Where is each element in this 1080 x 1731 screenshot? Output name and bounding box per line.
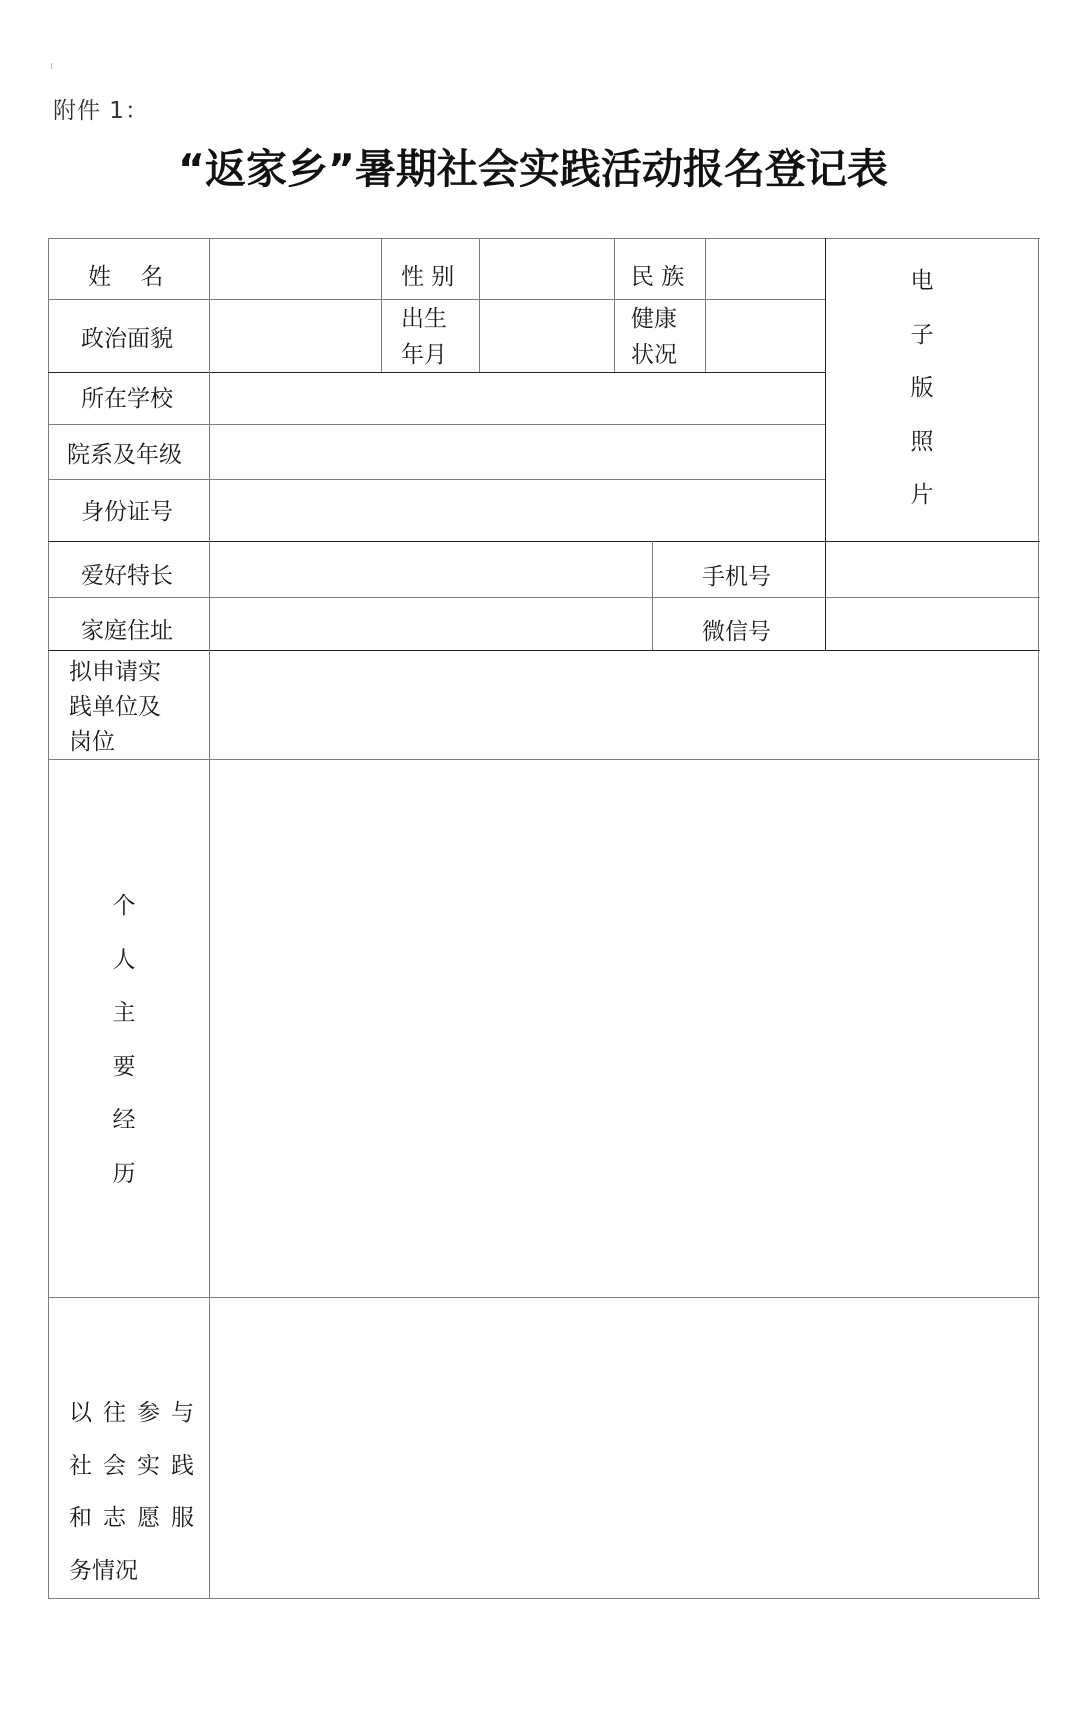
previous-practice-field[interactable] (211, 1299, 1037, 1597)
col-divider-label (209, 238, 210, 1599)
scan-artifact-mark (51, 63, 52, 69)
row-divider (48, 479, 825, 480)
department-field[interactable] (211, 426, 824, 478)
apply-unit-field[interactable] (211, 652, 1037, 758)
row-divider (48, 759, 1040, 760)
table-border-bottom (48, 1598, 1040, 1599)
name-label: 姓 名 (88, 266, 163, 289)
table-border-top (48, 238, 1040, 239)
row-divider (48, 597, 1040, 598)
attachment-label: 附件 1： (53, 92, 149, 125)
row-divider (48, 372, 825, 373)
apply-unit-label: 拟申请实 践单位及 岗位 (69, 655, 161, 760)
birth-date-field[interactable] (481, 301, 613, 371)
previous-practice-label: 以往参与 社会实践 和志愿服 务情况 (69, 1387, 205, 1597)
political-status-label: 政治面貌 (81, 328, 173, 351)
department-label: 院系及年级 (67, 444, 182, 467)
col-divider-photo (825, 238, 826, 650)
page-title: “返家乡”暑期社会实践活动报名登记表 (178, 136, 888, 195)
school-label: 所在学校 (81, 388, 173, 411)
gender-field[interactable] (481, 240, 613, 298)
ethnicity-label: 民 族 (631, 266, 684, 289)
id-number-field[interactable] (211, 481, 824, 540)
table-border-left (48, 238, 49, 1599)
col-divider (479, 238, 480, 372)
row-divider (48, 1297, 1040, 1298)
col-divider (705, 238, 706, 372)
birth-label-line1: 出生 (401, 308, 447, 331)
wechat-label: 微信号 (702, 621, 771, 644)
health-label-line2: 状况 (631, 344, 677, 367)
birth-label-line2: 年月 (401, 344, 447, 367)
experience-field[interactable] (211, 761, 1037, 1296)
col-divider (614, 238, 615, 372)
school-field[interactable] (211, 374, 824, 423)
phone-field[interactable] (827, 543, 1037, 596)
political-status-field[interactable] (211, 301, 380, 371)
name-field[interactable] (211, 240, 380, 298)
experience-label: 个 人 主 要 经 历 (109, 880, 139, 1201)
row-divider (48, 424, 825, 425)
health-field[interactable] (707, 301, 824, 371)
wechat-field[interactable] (827, 599, 1037, 649)
hobby-field[interactable] (211, 543, 651, 596)
ethnicity-field[interactable] (707, 240, 824, 298)
photo-label: 电 子 版 照 片 (907, 255, 937, 523)
address-field[interactable] (211, 599, 651, 649)
col-divider-contact (652, 541, 653, 650)
col-divider (381, 238, 382, 372)
gender-label: 性 别 (401, 266, 454, 289)
id-number-label: 身份证号 (81, 501, 173, 524)
table-border-right (1038, 238, 1039, 1599)
row-divider (48, 299, 825, 300)
health-label-line1: 健康 (631, 308, 677, 331)
phone-label: 手机号 (702, 566, 771, 589)
photo-slot[interactable]: 电 子 版 照 片 (827, 240, 1037, 540)
row-divider (48, 541, 1040, 542)
hobby-label: 爱好特长 (81, 565, 173, 588)
row-divider (48, 650, 1040, 651)
address-label: 家庭住址 (81, 620, 173, 643)
